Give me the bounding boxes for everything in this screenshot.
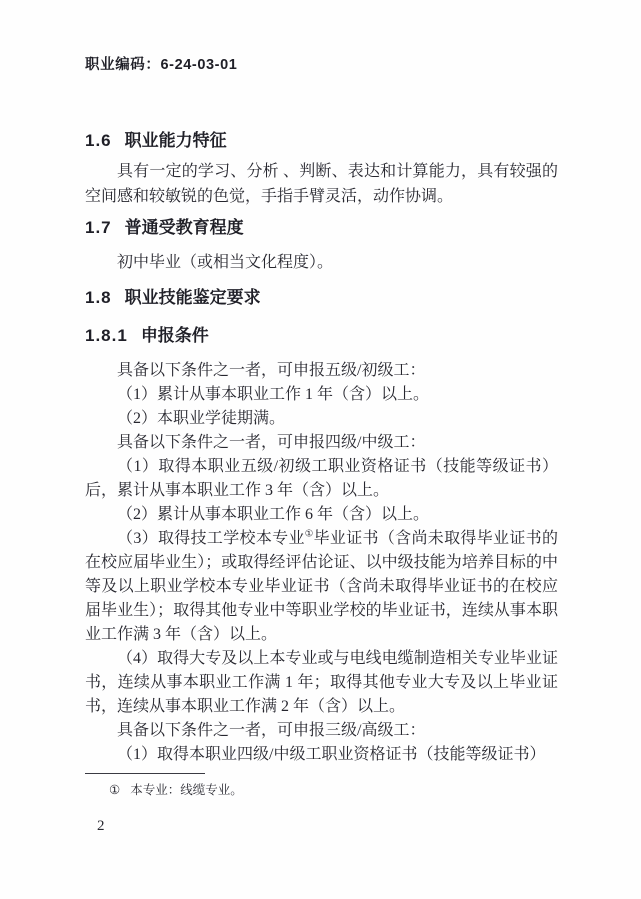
page-number: 2 bbox=[97, 816, 558, 836]
condition-item: （2）本职业学徒期满。 bbox=[85, 407, 558, 431]
page-content: 职业编码：6-24-03-01 1.6职业能力特征 具有一定的学习、分析 、判断… bbox=[85, 0, 558, 836]
condition-item: （1）取得本职业五级/初级工职业资格证书（技能等级证书）后，累计从事本职业工作 … bbox=[85, 455, 558, 503]
condition-item: （4）取得大专及以上本专业或与电线电缆制造相关专业毕业证书，连续从事本职业工作满… bbox=[85, 647, 558, 719]
condition-item: （1）取得本职业四级/中级工职业资格证书（技能等级证书） bbox=[85, 743, 558, 767]
section-heading-1-7: 1.7普通受教育程度 bbox=[85, 217, 558, 239]
footnote-reference-marker: ① bbox=[305, 530, 314, 540]
footnote-marker: ① bbox=[109, 783, 120, 797]
condition-item: （2）累计从事本职业工作 6 年（含）以上。 bbox=[85, 503, 558, 527]
section-title: 申报条件 bbox=[141, 326, 209, 345]
section-heading-1-8-1: 1.8.1申报条件 bbox=[85, 325, 558, 347]
document-page: 职业编码：6-24-03-01 1.6职业能力特征 具有一定的学习、分析 、判断… bbox=[0, 0, 641, 899]
section-title: 职业能力特征 bbox=[125, 131, 227, 150]
footnote-text: 本专业：线缆专业。 bbox=[130, 783, 243, 797]
condition-item: （1）累计从事本职业工作 1 年（含）以上。 bbox=[85, 383, 558, 407]
condition-intro-level5: 具备以下条件之一者，可申报五级/初级工： bbox=[85, 359, 558, 383]
section-title: 普通受教育程度 bbox=[125, 218, 244, 237]
occupation-code-header: 职业编码：6-24-03-01 bbox=[85, 55, 558, 75]
section-title: 职业技能鉴定要求 bbox=[125, 288, 261, 307]
section-heading-1-6: 1.6职业能力特征 bbox=[85, 130, 558, 152]
section-number: 1.6 bbox=[85, 131, 112, 150]
education-paragraph: 初中毕业（或相当文化程度）。 bbox=[85, 251, 558, 275]
footnote: ①本专业：线缆专业。 bbox=[109, 781, 558, 799]
application-conditions: 具备以下条件之一者，可申报五级/初级工： （1）累计从事本职业工作 1 年（含）… bbox=[85, 359, 558, 767]
section-number: 1.8 bbox=[85, 288, 112, 307]
condition-intro-level4: 具备以下条件之一者，可申报四级/中级工： bbox=[85, 431, 558, 455]
section-number: 1.8.1 bbox=[85, 326, 128, 345]
section-number: 1.7 bbox=[85, 218, 112, 237]
section-heading-1-8: 1.8职业技能鉴定要求 bbox=[85, 287, 558, 309]
ability-paragraph: 具有一定的学习、分析 、判断、表达和计算能力，具有较强的空间感和较敏锐的色觉，手… bbox=[85, 159, 558, 209]
footnote-divider bbox=[85, 773, 205, 774]
condition-item-with-footnote: （3）取得技工学校本专业①毕业证书（含尚未取得毕业证书的在校应届毕业生）；或取得… bbox=[85, 527, 558, 647]
condition-intro-level3: 具备以下条件之一者，可申报三级/高级工： bbox=[85, 719, 558, 743]
condition-text-before: （3）取得技工学校本专业 bbox=[117, 530, 305, 547]
